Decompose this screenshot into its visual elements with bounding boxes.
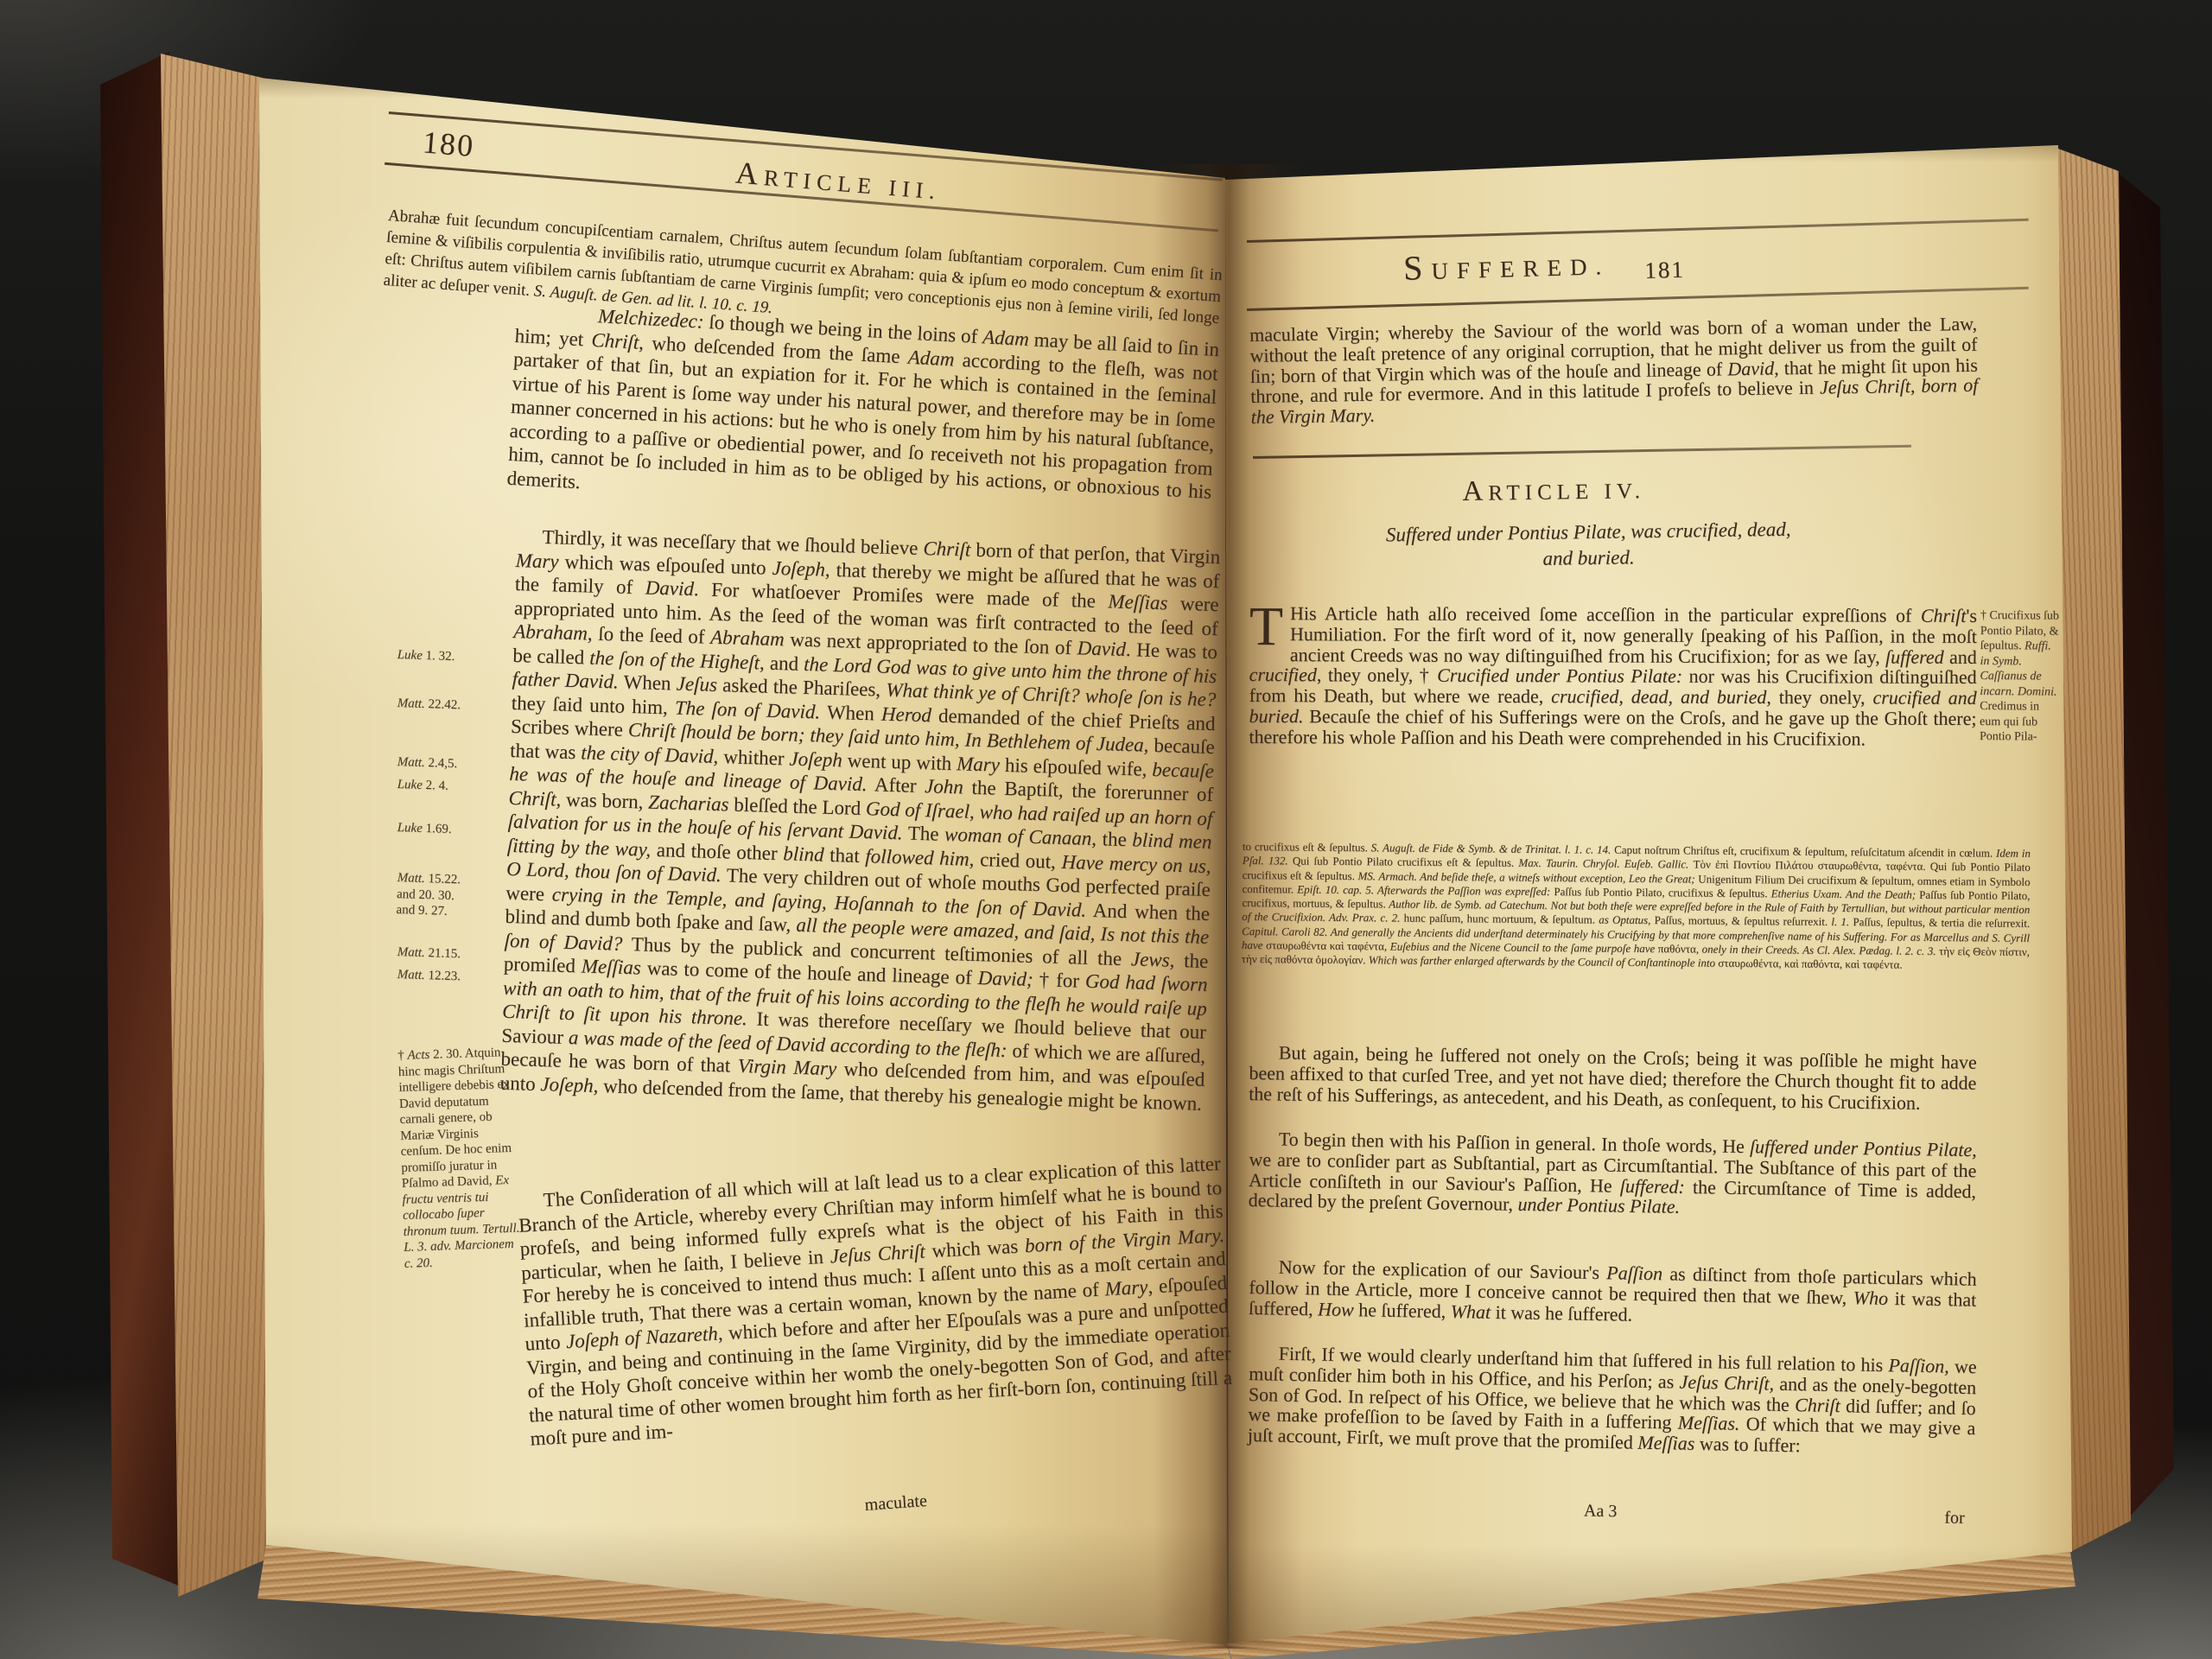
drop-cap-initial: T — [1249, 603, 1290, 646]
paragraph-now-for: Now for the explication of our Saviour's… — [1249, 1256, 1977, 1331]
paragraph-first-if: Firſt, If we would clearly underſtand hi… — [1248, 1343, 1977, 1459]
margin-note-matt-22-42: Matt. 22.42. — [397, 696, 517, 715]
margin-note-matt-2-4-5: Matt. 2.4,5. — [397, 754, 517, 774]
margin-note-luke-2-4: Luke 2. 4. — [397, 777, 517, 797]
page-number-left: 180 — [422, 124, 476, 164]
section-divider-rule — [1253, 445, 1911, 459]
margin-note-luke-1-69: Luke 1.69. — [397, 820, 517, 840]
margin-note-crucifixus: † Crucifixus ſub Pontio Pilato, & ſepult… — [1980, 608, 2060, 745]
paragraph-melchizedec: Melchizedec: ſo though we being in the l… — [506, 300, 1220, 528]
margin-note-matt-15-22: Matt. 15.22. and 20. 30. and 9. 27. — [396, 870, 517, 922]
article-subtitle: Suffered under Pontius Pilate, was cruci… — [1286, 515, 1891, 575]
article-heading: Article IV. — [1277, 471, 1830, 511]
signature-line: Aa 3 for — [1249, 1495, 1976, 1535]
running-title-right: Suffered. — [1363, 241, 1649, 289]
header-rule-top — [1247, 219, 2029, 243]
paragraph-text: His Article hath alſo received ſome acce… — [1249, 602, 1977, 749]
paragraph-thirdly: Thirdly, it was neceſſary that we ſhould… — [499, 524, 1220, 1116]
header-row: 180 Article III. — [385, 114, 1222, 229]
paragraph-this-article: THis Article hath alſo received ſome acc… — [1249, 603, 1977, 750]
page-number-right: 181 — [1644, 257, 1685, 284]
paragraph-but-again: But again, being he ſuffered not onely o… — [1249, 1042, 1977, 1114]
signature-mark: Aa 3 — [1584, 1501, 1618, 1522]
header-rule-bottom — [1247, 287, 2029, 311]
paragraph-to-begin: To begin then with his Paſſion in genera… — [1249, 1128, 1977, 1222]
book-photo-scene: 180 Article III. Abrahæ fuit ſecundum co… — [0, 0, 2212, 1659]
margin-note-luke-1-32: Luke 1. 32. — [397, 647, 517, 667]
catchword-right: for — [1944, 1508, 1965, 1528]
margin-note-matt-12-23: Matt. 12.23. — [397, 967, 517, 987]
footnote-small-print: to crucifixus eſt & ſepultus. S. Auguſt.… — [1242, 840, 2031, 974]
paragraph-consideration: The Conſideration of all which will at l… — [517, 1152, 1234, 1451]
paragraph-continuation: maculate Virgin; whereby the Saviour of … — [1249, 314, 1979, 428]
right-page-content: Suffered. 181 maculate Virgin; whereby t… — [1234, 138, 2056, 1650]
margin-note-matt-21-15: Matt. 21.15. — [397, 944, 517, 964]
catchword-left: maculate — [864, 1491, 928, 1516]
left-page-content: 180 Article III. Abrahæ fuit ſecundum co… — [268, 73, 1225, 1650]
